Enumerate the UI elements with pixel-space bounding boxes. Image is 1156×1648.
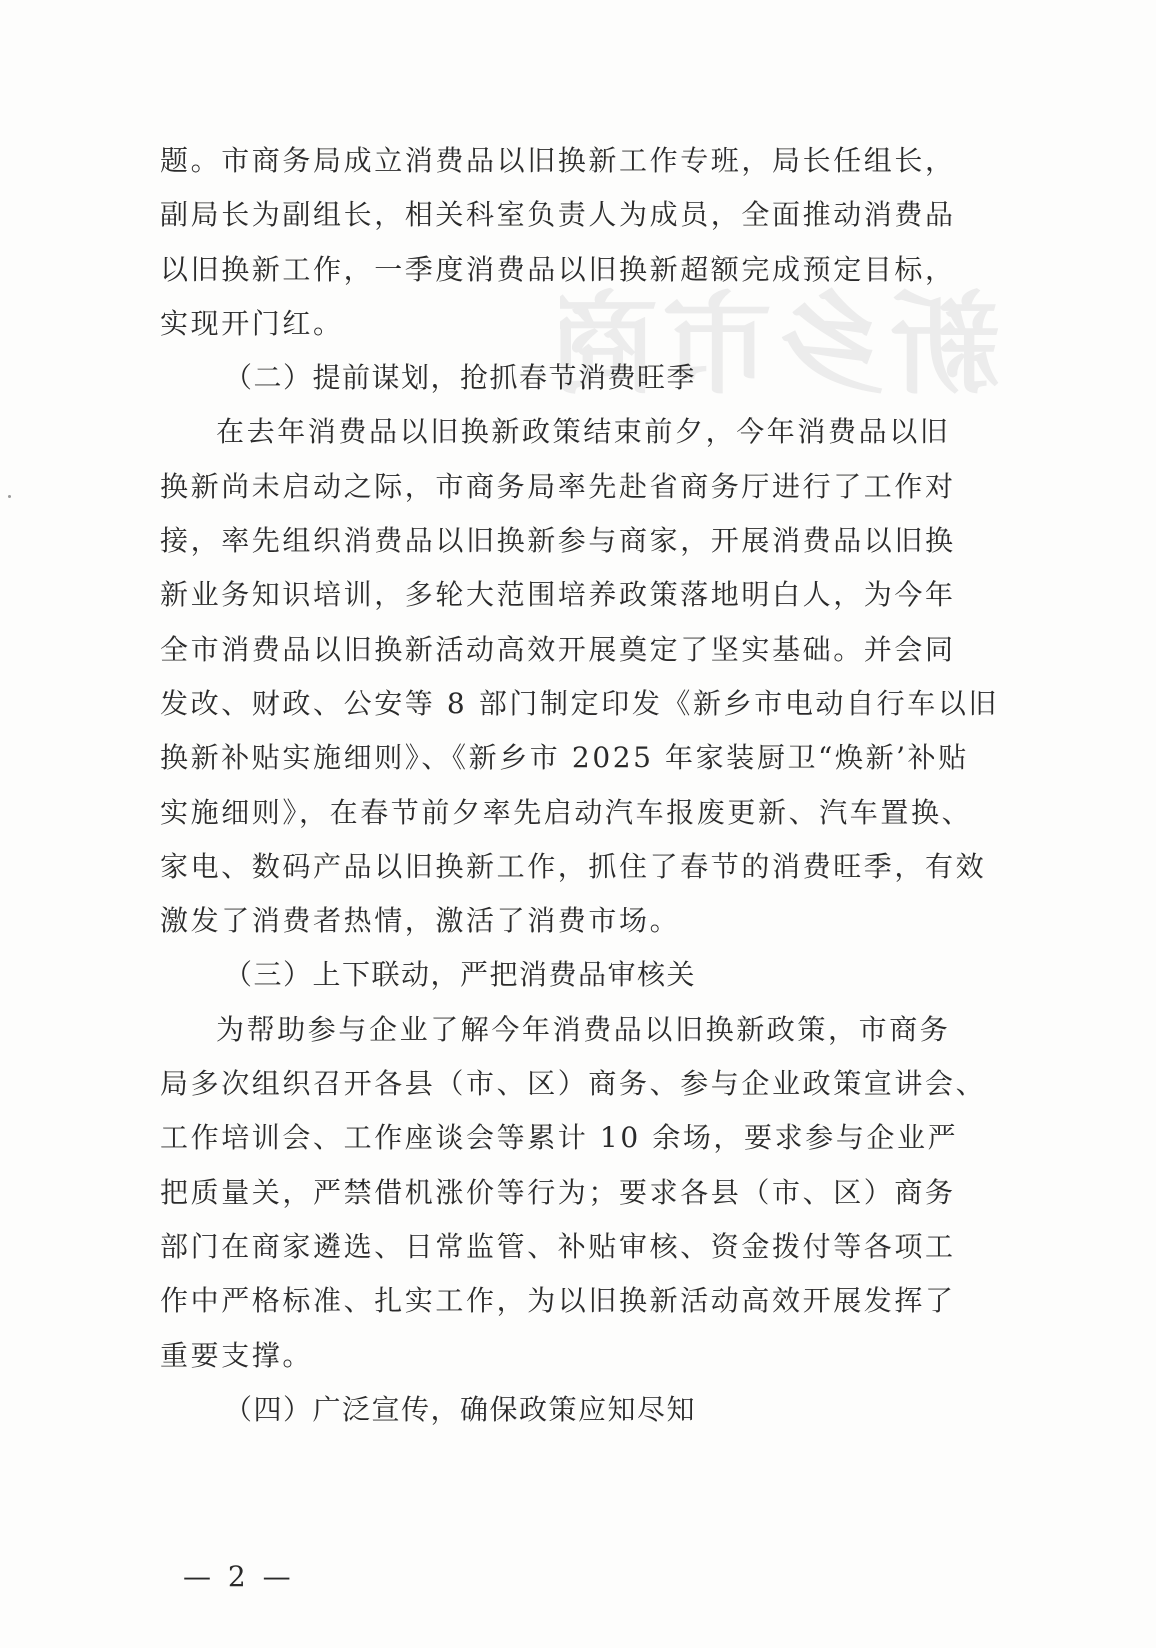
text-line: 激发了消费者热情，激活了消费市场。 xyxy=(160,894,950,948)
section-heading-2: （二）提前谋划，抢抓春节消费旺季 xyxy=(160,351,950,405)
text-line: 家电、数码产品以旧换新工作，抓住了春节的消费旺季，有效 xyxy=(160,840,950,894)
text-line: 接，率先组织消费品以旧换新参与商家，开展消费品以旧换 xyxy=(160,514,950,568)
text-line: 全市消费品以旧换新活动高效开展奠定了坚实基础。并会同 xyxy=(160,623,950,677)
text-line: 为帮助参与企业了解今年消费品以旧换新政策，市商务 xyxy=(160,1003,950,1057)
text-line: 工作培训会、工作座谈会等累计 10 余场，要求参与企业严 xyxy=(160,1111,950,1165)
text-line: 实现开门红。 xyxy=(160,297,950,351)
page-number: — 2 — xyxy=(183,1560,295,1593)
text-line: 以旧换新工作，一季度消费品以旧换新超额完成预定目标， xyxy=(160,243,950,297)
text-line: 局多次组织召开各县（市、区）商务、参与企业政策宣讲会、 xyxy=(160,1057,950,1111)
section-heading-3: （三）上下联动，严把消费品审核关 xyxy=(160,948,950,1002)
text-line: 题。市商务局成立消费品以旧换新工作专班，局长任组长， xyxy=(160,134,950,188)
text-line: 在去年消费品以旧换新政策结束前夕，今年消费品以旧 xyxy=(160,405,950,459)
text-line: 换新补贴实施细则》、《新乡市 2025 年家装厨卫“焕新’补贴 xyxy=(160,731,950,785)
text-line: 新业务知识培训，多轮大范围培养政策落地明白人，为今年 xyxy=(160,568,950,622)
text-line: 把质量关，严禁借机涨价等行为；要求各县（市、区）商务 xyxy=(160,1166,950,1220)
document-body: 题。市商务局成立消费品以旧换新工作专班，局长任组长， 副局长为副组长，相关科室负… xyxy=(160,134,950,1437)
text-line: 副局长为副组长，相关科室负责人为成员，全面推动消费品 xyxy=(160,188,950,242)
text-line: 部门在商家遴选、日常监管、补贴审核、资金拨付等各项工 xyxy=(160,1220,950,1274)
text-line: 重要支撑。 xyxy=(160,1329,950,1383)
text-line: 实施细则》，在春节前夕率先启动汽车报废更新、汽车置换、 xyxy=(160,786,950,840)
scan-speck xyxy=(8,495,11,498)
section-heading-4: （四）广泛宣传，确保政策应知尽知 xyxy=(160,1383,950,1437)
text-line: 作中严格标准、扎实工作，为以旧换新活动高效开展发挥了 xyxy=(160,1274,950,1328)
text-line: 发改、财政、公安等 8 部门制定印发《新乡市电动自行车以旧 xyxy=(160,677,950,731)
text-line: 换新尚未启动之际，市商务局率先赴省商务厅进行了工作对 xyxy=(160,460,950,514)
